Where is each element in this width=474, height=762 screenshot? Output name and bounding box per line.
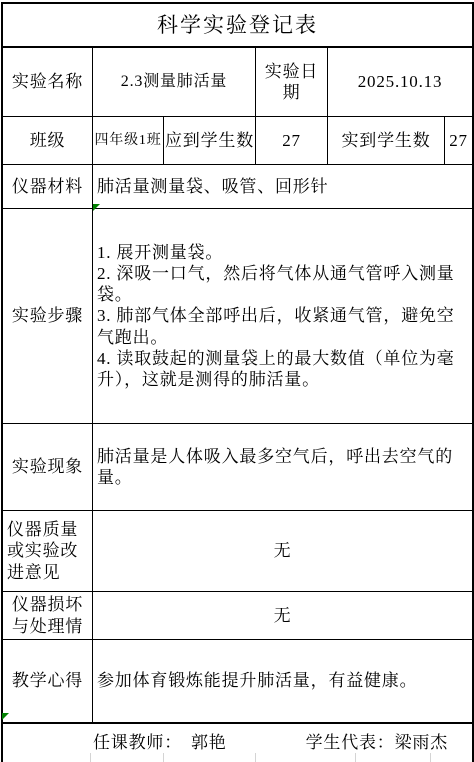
steps-value: 1. 展开测量袋。 2. 深吸一口气，然后将气体从通气管呼入测量 袋。 3. 肺… <box>93 209 472 423</box>
student-label: 学生代表： <box>306 732 395 753</box>
expected-students-value: 27 <box>256 117 328 164</box>
gridline-stub <box>163 753 164 762</box>
reflection-label: 教学心得 <box>3 640 93 722</box>
materials-value: 肺活量测量袋、吸管、回形针 <box>93 165 472 208</box>
experiment-name-label: 实验名称 <box>3 48 93 116</box>
teacher-name: 郭艳 <box>191 732 227 753</box>
quality-value: 无 <box>93 511 472 591</box>
teacher-label: 任课教师： <box>93 732 182 753</box>
gridline-stub <box>90 753 91 762</box>
student-name: 梁雨杰 <box>395 732 448 753</box>
reflection-value: 参加体育锻炼能提升肺活量，有益健康。 <box>93 640 472 722</box>
phenomenon-label: 实验现象 <box>3 424 93 510</box>
signature-cell: 任课教师： 郭艳 学生代表： 梁雨杰 <box>3 724 472 762</box>
reflection-row: 教学心得 参加体育锻炼能提升肺活量，有益健康。 <box>3 640 472 724</box>
damage-row: 仪器损坏 与处理情 无 <box>3 592 472 640</box>
gridline-stub <box>430 753 431 762</box>
experiment-name-date-row: 实验名称 2.3测量肺活量 实验日期 2025.10.13 <box>3 48 472 117</box>
experiment-name-value: 2.3测量肺活量 <box>93 48 256 116</box>
gridline-stub <box>255 753 256 762</box>
actual-students-value: 27 <box>445 117 472 164</box>
class-attendance-row: 班级 四年级1班 应到学生数 27 实到学生数 27 <box>3 117 472 165</box>
materials-label: 仪器材料 <box>3 165 93 208</box>
steps-label: 实验步骤 <box>3 209 93 423</box>
experiment-date-label: 实验日期 <box>256 48 328 116</box>
quality-row: 仪器质量 或实验改 进意见 无 <box>3 511 472 592</box>
signature-row: 任课教师： 郭艳 学生代表： 梁雨杰 <box>3 724 472 762</box>
form-title: 科学实验登记表 <box>3 4 472 46</box>
phenomenon-value: 肺活量是人体吸入最多空气后，呼出去空气的 量。 <box>93 424 472 510</box>
gridline-stub <box>355 753 356 762</box>
green-triangle-marker <box>2 713 9 720</box>
class-label: 班级 <box>3 117 93 164</box>
registration-form-table: 科学实验登记表 实验名称 2.3测量肺活量 实验日期 2025.10.13 班级… <box>1 2 474 762</box>
actual-students-label: 实到学生数 <box>328 117 445 164</box>
expected-students-label: 应到学生数 <box>164 117 256 164</box>
steps-row: 实验步骤 1. 展开测量袋。 2. 深吸一口气，然后将气体从通气管呼入测量 袋。… <box>3 209 472 424</box>
phenomenon-row: 实验现象 肺活量是人体吸入最多空气后，呼出去空气的 量。 <box>3 424 472 511</box>
page: { "form": { "title": "科学实验登记表", "row_nam… <box>0 0 474 762</box>
materials-row: 仪器材料 肺活量测量袋、吸管、回形针 <box>3 165 472 209</box>
damage-label: 仪器损坏 与处理情 <box>3 592 93 639</box>
title-row: 科学实验登记表 <box>3 4 472 48</box>
damage-value: 无 <box>93 592 472 639</box>
green-triangle-marker <box>93 204 100 211</box>
class-value: 四年级1班 <box>93 117 164 164</box>
experiment-date-value: 2025.10.13 <box>328 48 472 116</box>
quality-label: 仪器质量 或实验改 进意见 <box>3 511 93 591</box>
